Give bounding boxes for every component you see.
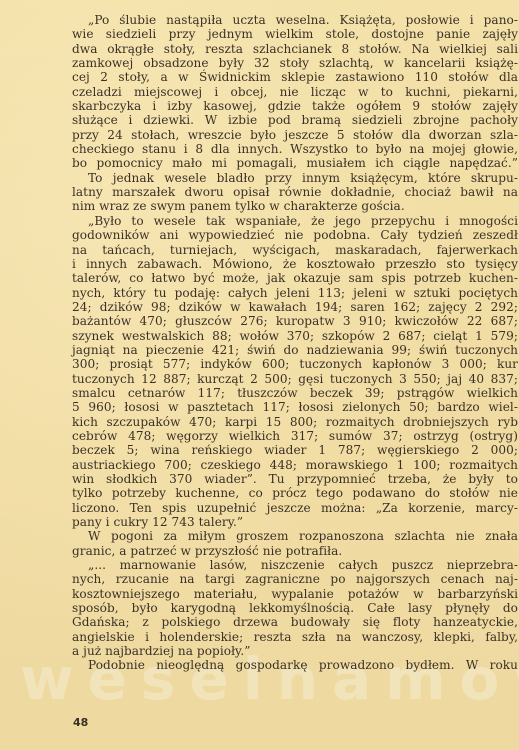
text-line: talerów, co łatwo być może, jak okazuje … xyxy=(72,271,518,285)
text-line: smalcu cetnarów 117; tłuszczów beczek 39… xyxy=(72,386,518,400)
text-line: tylko potrzeby kuchenne, co prócz tego p… xyxy=(72,486,518,500)
text-line: granic, a patrzeć w przyszłość nie potra… xyxy=(72,544,518,558)
text-line: cej 2 stoły, a w Świdnickim sklepie zast… xyxy=(72,70,518,84)
text-line: liczono. Ten spis uzupełnić jeszcze możn… xyxy=(72,501,518,515)
text-line: czeladzi miejscowej i obcej, nie licząc … xyxy=(72,85,518,99)
text-line: godowników ani wypowiedzieć nie podobna.… xyxy=(72,228,518,242)
text-line: pany i cukry 12 743 talery.” xyxy=(72,515,518,529)
text-line: kich szczupaków 470; karpi 15 800; rozma… xyxy=(72,415,518,429)
text-line: To jednak wesele bladło przy innym książ… xyxy=(72,171,518,185)
text-line: win słodkich 370 wiader”. Tu przypomnieć… xyxy=(72,472,518,486)
text-line: służące i dziewki. W izbie pod bramą sie… xyxy=(72,113,518,127)
text-line: cebrów 478; węgorzy wielkich 317; sumów … xyxy=(72,429,518,443)
text-line: „Po ślubie nastąpiła uczta weselna. Ksią… xyxy=(72,13,518,27)
text-line: Podobnie nieoględną gospodarkę prowadzon… xyxy=(72,658,518,672)
page-number: 48 xyxy=(73,716,88,729)
text-line: Gdańska; z polskiego drzewa budowały się… xyxy=(72,615,518,629)
text-line: tuczonych 12 887; kurcząt 2 500; gęsi tu… xyxy=(72,372,518,386)
text-line: dwa okrągłe stoły, reszta szlachcianek 8… xyxy=(72,42,518,56)
text-line: nych, rzucanie na targi zagraniczne po n… xyxy=(72,572,518,586)
text-line: angielskie i holenderskie; reszta szła n… xyxy=(72,630,518,644)
text-line: „Było to wesele tak wspaniałe, że jego p… xyxy=(72,214,518,228)
text-line: i innych zabawach. Mówiono, że kosztował… xyxy=(72,257,518,271)
text-line: a już najbardziej na popioły.” xyxy=(72,644,518,658)
text-line: „... marnowanie lasów, niszczenie całych… xyxy=(72,558,518,572)
text-line: zamkowej obsadzone były 32 stoły szlacht… xyxy=(72,56,518,70)
text-line: 5 960; łososi w pasztetach 117; łososi z… xyxy=(72,400,518,414)
body-text: „Po ślubie nastąpiła uczta weselna. Ksią… xyxy=(72,13,518,673)
text-line: austriackiego 700; czeskiego 448; moraws… xyxy=(72,458,518,472)
text-line: W pogoni za miłym groszem rozpanoszona s… xyxy=(72,529,518,543)
text-line: nim wraz ze swym panem tylko w charakter… xyxy=(72,199,518,213)
text-line: 24; dzików 98; dzików w kawałach 194; sa… xyxy=(72,300,518,314)
book-page: weselnamowe.pl „Po ślubie nastąpiła uczt… xyxy=(0,0,519,750)
text-line: wie siedzieli przy jednym wielkim stole,… xyxy=(72,27,518,41)
text-line: 300; prosiąt 577; indyków 600; tuczonych… xyxy=(72,357,518,371)
text-line: sposób, było karygodną lekkomyślnością. … xyxy=(72,601,518,615)
text-line: jagniąt na pieczenie 421; świń do nadzie… xyxy=(72,343,518,357)
text-line: przy 24 stołach, wreszcie było jeszcze 5… xyxy=(72,128,518,142)
text-line: checkiego stanu i 8 dla innych. Wszystko… xyxy=(72,142,518,156)
text-line: bażantów 470; głuszców 276; kuropatw 3 9… xyxy=(72,314,518,328)
text-line: kosztowniejszego materiału, wypalanie po… xyxy=(72,587,518,601)
text-line: beczek 5; wina reńskiego wiader 1 787; w… xyxy=(72,443,518,457)
text-line: bo pomocnicy mało mi pomagali, musiałem … xyxy=(72,156,518,170)
text-line: latny marszałek dworu opisał równie dokł… xyxy=(72,185,518,199)
text-line: na tańcach, turniejach, wyścigach, maska… xyxy=(72,243,518,257)
text-line: skarbczyka i izby kasowej, gdzie także o… xyxy=(72,99,518,113)
text-line: szynek westwalskich 88; wołów 370; szkop… xyxy=(72,329,518,343)
text-line: nych, który tu podaję: całych jeleni 113… xyxy=(72,286,518,300)
